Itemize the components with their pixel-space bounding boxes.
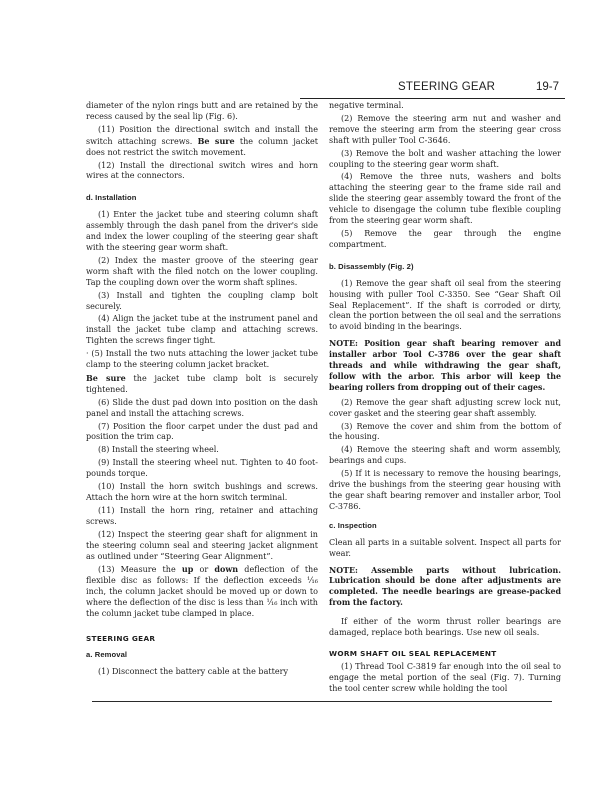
inspection-bearings: If either of the worm thrust roller bear…: [329, 617, 561, 639]
removal-heading: a. Removal: [86, 650, 318, 661]
disassembly-step-5: (5) If it is necessary to remove the hou…: [329, 469, 561, 513]
inspection-heading: c. Inspection: [329, 521, 561, 532]
paragraph: diameter of the nylon rings butt and are…: [86, 101, 318, 123]
install-step-9: (9) Install the steering wheel nut. Tigh…: [86, 458, 318, 480]
step-11: (11) Position the directional switch and…: [86, 125, 318, 159]
note-arbor: NOTE: Position gear shaft bearing remove…: [329, 339, 561, 394]
right-column: negative terminal. (2) Remove the steeri…: [329, 101, 561, 697]
page-number: 19-7: [536, 81, 559, 93]
running-header: STEERING GEAR 19-7: [300, 81, 565, 99]
install-step-10: (10) Install the horn switch bushings an…: [86, 482, 318, 504]
install-step-11: (11) Install the horn ring, retainer and…: [86, 506, 318, 528]
install-step-3: (3) Install and tighten the coupling cla…: [86, 291, 318, 313]
step-12: (12) Install the directional switch wire…: [86, 161, 318, 183]
left-column: diameter of the nylon rings butt and are…: [86, 101, 318, 680]
install-step-13: (13) Measure the up or down deflection o…: [86, 564, 318, 620]
disassembly-step-4: (4) Remove the steering shaft and worm a…: [329, 445, 561, 467]
worm-shaft-heading: WORM SHAFT OIL SEAL REPLACEMENT: [329, 649, 561, 660]
worm-step-1: (1) Thread Tool C-3819 far enough into t…: [329, 662, 561, 695]
disassembly-step-1: (1) Remove the gear shaft oil seal from …: [329, 279, 561, 334]
removal-step-1: (1) Disconnect the battery cable at the …: [86, 667, 318, 678]
install-step-6: (6) Slide the dust pad down into positio…: [86, 398, 318, 420]
install-step-2: (2) Index the master groove of the steer…: [86, 256, 318, 289]
steering-gear-heading: STEERING GEAR: [86, 634, 318, 645]
removal-step-3: (3) Remove the bolt and washer attaching…: [329, 149, 561, 171]
installation-heading: d. Installation: [86, 193, 318, 204]
section-title: STEERING GEAR: [398, 81, 495, 93]
disassembly-step-2: (2) Remove the gear shaft adjusting scre…: [329, 398, 561, 420]
disassembly-heading: b. Disassembly (Fig. 2): [329, 262, 561, 273]
install-step-4: (4) Align the jacket tube at the instrum…: [86, 314, 318, 347]
inspection-text: Clean all parts in a suitable solvent. I…: [329, 538, 561, 560]
install-step-5: · (5) Install the two nuts attaching the…: [86, 349, 318, 371]
removal-step-4: (4) Remove the three nuts, washers and b…: [329, 172, 561, 227]
be-sure-note: Be sure the jacket tube clamp bolt is se…: [86, 373, 318, 396]
disassembly-step-3: (3) Remove the cover and shim from the b…: [329, 422, 561, 444]
footer-rule: [92, 701, 552, 702]
note-lubrication: NOTE: Assemble parts without lubrication…: [329, 566, 561, 610]
install-step-7: (7) Position the floor carpet under the …: [86, 422, 318, 444]
removal-step-2: (2) Remove the steering arm nut and wash…: [329, 114, 561, 147]
paragraph: negative terminal.: [329, 101, 561, 112]
install-step-1: (1) Enter the jacket tube and steering c…: [86, 210, 318, 254]
removal-step-5: (5) Remove the gear through the engine c…: [329, 229, 561, 251]
install-step-12: (12) Inspect the steering gear shaft for…: [86, 530, 318, 563]
install-step-8: (8) Install the steering wheel.: [86, 445, 318, 456]
